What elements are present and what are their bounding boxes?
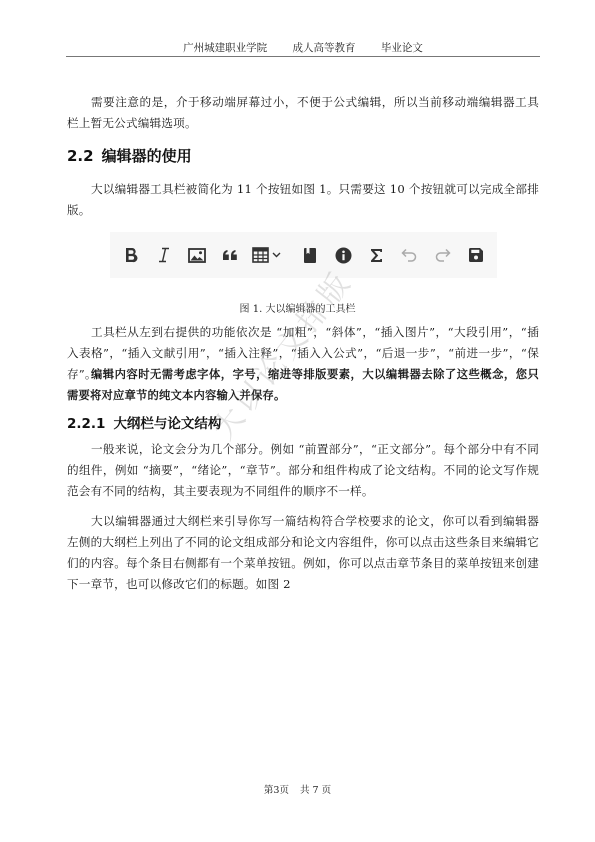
redo-button	[432, 244, 454, 266]
editor-toolbar-figure	[110, 232, 497, 278]
save-icon	[468, 247, 484, 263]
page-total: 共 7 页	[300, 785, 331, 796]
page-header: 广州城建职业学院 成人高等教育 毕业论文	[66, 40, 540, 55]
redo-icon	[434, 248, 451, 262]
footnote-button	[333, 244, 355, 266]
page-number: 第3页	[264, 785, 289, 796]
info-icon	[335, 247, 352, 264]
section-number: 2.2.1	[67, 416, 105, 432]
bold-button	[120, 244, 142, 266]
section-title: 大纲栏与论文结构	[113, 416, 221, 432]
citation-button	[299, 244, 321, 266]
header-school: 广州城建职业学院	[183, 42, 267, 54]
bold-icon	[124, 247, 138, 263]
header-program: 成人高等教育	[293, 42, 356, 54]
table-icon	[252, 247, 269, 263]
quote-button	[219, 244, 241, 266]
header-rule	[66, 56, 540, 57]
undo-icon	[401, 248, 418, 262]
italic-icon	[158, 247, 170, 263]
section-number: 2.2	[67, 147, 94, 165]
figure-caption: 图 1. 大以编辑器的工具栏	[0, 300, 595, 315]
image-button	[186, 244, 208, 266]
image-icon	[188, 248, 206, 263]
paragraph-note: 需要注意的是，介于移动端屏幕过小，不便于公式编辑，所以当前移动端编辑器工具栏上暂…	[67, 92, 539, 134]
italic-button	[153, 244, 175, 266]
quote-icon	[222, 249, 238, 261]
section-heading-2-2-1: 2.2.1大纲栏与论文结构	[67, 412, 221, 432]
section-heading-2-2: 2.2编辑器的使用	[67, 145, 192, 166]
paragraph-intro: 大以编辑器工具栏被简化为 11 个按钮如图 1。只需要这 10 个按钮就可以完成…	[67, 179, 539, 221]
chevron-down-icon	[272, 252, 281, 258]
formula-button	[366, 244, 388, 266]
save-button	[465, 244, 487, 266]
paragraph-bold-note: 编辑内容时无需考虑字体，字号，缩进等排版要素，大以编辑器去除了这些概念，您只需要…	[67, 364, 539, 406]
header-doc-type: 毕业论文	[381, 42, 423, 54]
sigma-icon	[370, 248, 383, 263]
paragraph-structure: 一般来说，论文会分为几个部分。例如 “前置部分”，“正文部分”。每个部分中有不同…	[67, 439, 539, 502]
section-title: 编辑器的使用	[102, 147, 192, 165]
book-icon	[303, 247, 317, 264]
page-footer: 第3页 共 7 页	[0, 782, 595, 796]
undo-button	[399, 244, 421, 266]
paragraph-outline: 大以编辑器通过大纲栏来引导你写一篇结构符合学校要求的论文，你可以看到编辑器左侧的…	[67, 511, 539, 595]
table-button	[252, 247, 288, 263]
